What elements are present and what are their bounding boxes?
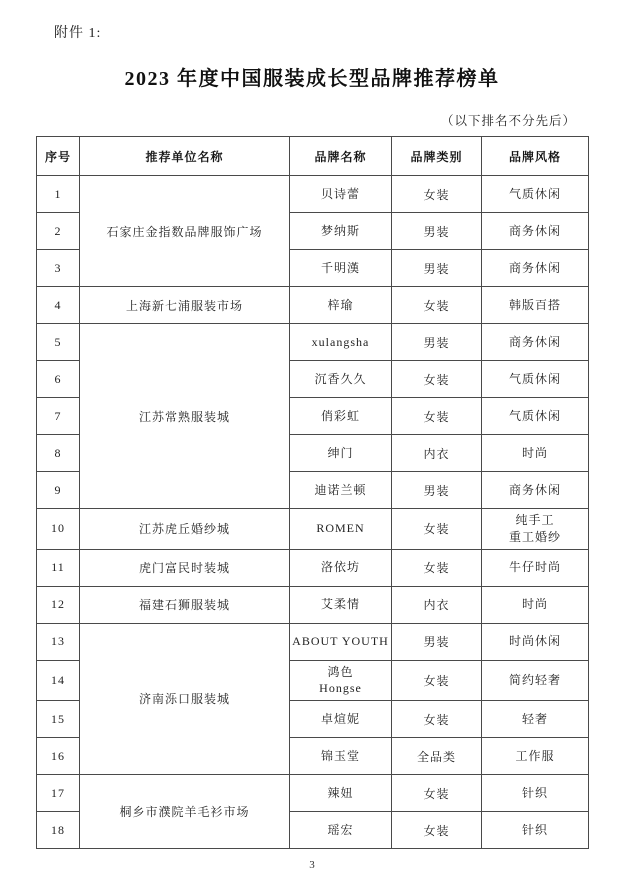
table-row: 1石家庄金指数品牌服饰广场贝诗蕾女装气质休闲 <box>37 176 589 213</box>
row-number-cell: 10 <box>37 509 80 550</box>
brand-style-cell: 轻奢 <box>482 701 589 738</box>
brand-category-cell: 女装 <box>392 176 482 213</box>
brand-name-cell: 千明漢 <box>290 250 392 287</box>
brand-name-cell: 梦纳斯 <box>290 213 392 250</box>
table-row: 10江苏虎丘婚纱城ROMEN女装纯手工 重工婚纱 <box>37 509 589 550</box>
attachment-label: 附件 1: <box>54 22 588 42</box>
table-row: 5江苏常熟服装城xulangsha男装商务休闲 <box>37 324 589 361</box>
unit-name-cell: 济南泺口服装城 <box>80 623 290 775</box>
brand-style-cell: 商务休闲 <box>482 250 589 287</box>
row-number-cell: 6 <box>37 361 80 398</box>
brand-category-cell: 女装 <box>392 701 482 738</box>
brand-category-cell: 男装 <box>392 213 482 250</box>
brand-category-cell: 男装 <box>392 324 482 361</box>
brand-name-cell: 洛依坊 <box>290 549 392 586</box>
brand-style-cell: 纯手工 重工婚纱 <box>482 509 589 550</box>
brand-category-cell: 内衣 <box>392 586 482 623</box>
table-row: 13济南泺口服装城ABOUT YOUTH男装时尚休闲 <box>37 623 589 660</box>
unit-name-cell: 江苏虎丘婚纱城 <box>80 509 290 550</box>
brand-category-cell: 女装 <box>392 660 482 701</box>
brand-table: 序号 推荐单位名称 品牌名称 品牌类别 品牌风格 1石家庄金指数品牌服饰广场贝诗… <box>36 136 589 849</box>
row-number-cell: 1 <box>37 176 80 213</box>
brand-name-cell: 鸿色 Hongse <box>290 660 392 701</box>
unit-name-cell: 福建石狮服装城 <box>80 586 290 623</box>
unit-name-cell: 上海新七浦服装市场 <box>80 287 290 324</box>
brand-category-cell: 全品类 <box>392 738 482 775</box>
brand-name-cell: 绅门 <box>290 435 392 472</box>
brand-category-cell: 女装 <box>392 287 482 324</box>
unit-name-cell: 虎门富民时装城 <box>80 549 290 586</box>
brand-name-cell: 辣妞 <box>290 775 392 812</box>
brand-style-cell: 工作服 <box>482 738 589 775</box>
row-number-cell: 14 <box>37 660 80 701</box>
brand-style-cell: 韩版百搭 <box>482 287 589 324</box>
brand-name-cell: 锦玉堂 <box>290 738 392 775</box>
brand-style-cell: 气质休闲 <box>482 361 589 398</box>
brand-category-cell: 女装 <box>392 509 482 550</box>
col-header-category: 品牌类别 <box>392 137 482 176</box>
brand-category-cell: 女装 <box>392 361 482 398</box>
brand-name-cell: 迪诺兰顿 <box>290 472 392 509</box>
brand-style-cell: 商务休闲 <box>482 472 589 509</box>
col-header-serial: 序号 <box>37 137 80 176</box>
row-number-cell: 7 <box>37 398 80 435</box>
brand-name-cell: xulangsha <box>290 324 392 361</box>
brand-style-cell: 牛仔时尚 <box>482 549 589 586</box>
brand-name-cell: 瑶宏 <box>290 812 392 849</box>
brand-category-cell: 女装 <box>392 398 482 435</box>
ranking-note: （以下排名不分先后） <box>36 111 588 129</box>
brand-name-cell: 沉香久久 <box>290 361 392 398</box>
brand-category-cell: 男装 <box>392 472 482 509</box>
brand-name-cell: 艾柔情 <box>290 586 392 623</box>
brand-category-cell: 女装 <box>392 775 482 812</box>
row-number-cell: 11 <box>37 549 80 586</box>
row-number-cell: 16 <box>37 738 80 775</box>
brand-style-cell: 时尚 <box>482 586 589 623</box>
row-number-cell: 17 <box>37 775 80 812</box>
row-number-cell: 8 <box>37 435 80 472</box>
table-row: 17桐乡市濮院羊毛衫市场辣妞女装针织 <box>37 775 589 812</box>
brand-category-cell: 女装 <box>392 812 482 849</box>
page-number: 3 <box>36 859 588 871</box>
brand-style-cell: 针织 <box>482 775 589 812</box>
unit-name-cell: 江苏常熟服装城 <box>80 324 290 509</box>
document-page: 附件 1: 2023 年度中国服装成长型品牌推荐榜单 （以下排名不分先后） 序号… <box>0 0 620 894</box>
brand-category-cell: 内衣 <box>392 435 482 472</box>
brand-name-cell: 卓煊妮 <box>290 701 392 738</box>
row-number-cell: 13 <box>37 623 80 660</box>
brand-category-cell: 男装 <box>392 250 482 287</box>
brand-style-cell: 气质休闲 <box>482 398 589 435</box>
table-row: 4上海新七浦服装市场梓瑜女装韩版百搭 <box>37 287 589 324</box>
page-title: 2023 年度中国服装成长型品牌推荐榜单 <box>36 62 588 91</box>
row-number-cell: 9 <box>37 472 80 509</box>
brand-name-cell: 俏彩虹 <box>290 398 392 435</box>
table-header-row: 序号 推荐单位名称 品牌名称 品牌类别 品牌风格 <box>37 137 589 176</box>
brand-style-cell: 时尚休闲 <box>482 623 589 660</box>
unit-name-cell: 石家庄金指数品牌服饰广场 <box>80 176 290 287</box>
table-row: 12福建石狮服装城艾柔情内衣时尚 <box>37 586 589 623</box>
brand-style-cell: 商务休闲 <box>482 324 589 361</box>
brand-name-cell: ROMEN <box>290 509 392 550</box>
row-number-cell: 15 <box>37 701 80 738</box>
brand-style-cell: 商务休闲 <box>482 213 589 250</box>
table-row: 11虎门富民时装城洛依坊女装牛仔时尚 <box>37 549 589 586</box>
brand-style-cell: 针织 <box>482 812 589 849</box>
row-number-cell: 3 <box>37 250 80 287</box>
brand-style-cell: 气质休闲 <box>482 176 589 213</box>
col-header-brand: 品牌名称 <box>290 137 392 176</box>
unit-name-cell: 桐乡市濮院羊毛衫市场 <box>80 775 290 849</box>
row-number-cell: 12 <box>37 586 80 623</box>
row-number-cell: 5 <box>37 324 80 361</box>
brand-style-cell: 简约轻奢 <box>482 660 589 701</box>
brand-category-cell: 男装 <box>392 623 482 660</box>
brand-name-cell: 梓瑜 <box>290 287 392 324</box>
row-number-cell: 18 <box>37 812 80 849</box>
col-header-style: 品牌风格 <box>482 137 589 176</box>
brand-name-cell: 贝诗蕾 <box>290 176 392 213</box>
col-header-unit: 推荐单位名称 <box>80 137 290 176</box>
row-number-cell: 2 <box>37 213 80 250</box>
brand-style-cell: 时尚 <box>482 435 589 472</box>
brand-category-cell: 女装 <box>392 549 482 586</box>
row-number-cell: 4 <box>37 287 80 324</box>
brand-name-cell: ABOUT YOUTH <box>290 623 392 660</box>
table-body: 1石家庄金指数品牌服饰广场贝诗蕾女装气质休闲2梦纳斯男装商务休闲3千明漢男装商务… <box>37 176 589 849</box>
